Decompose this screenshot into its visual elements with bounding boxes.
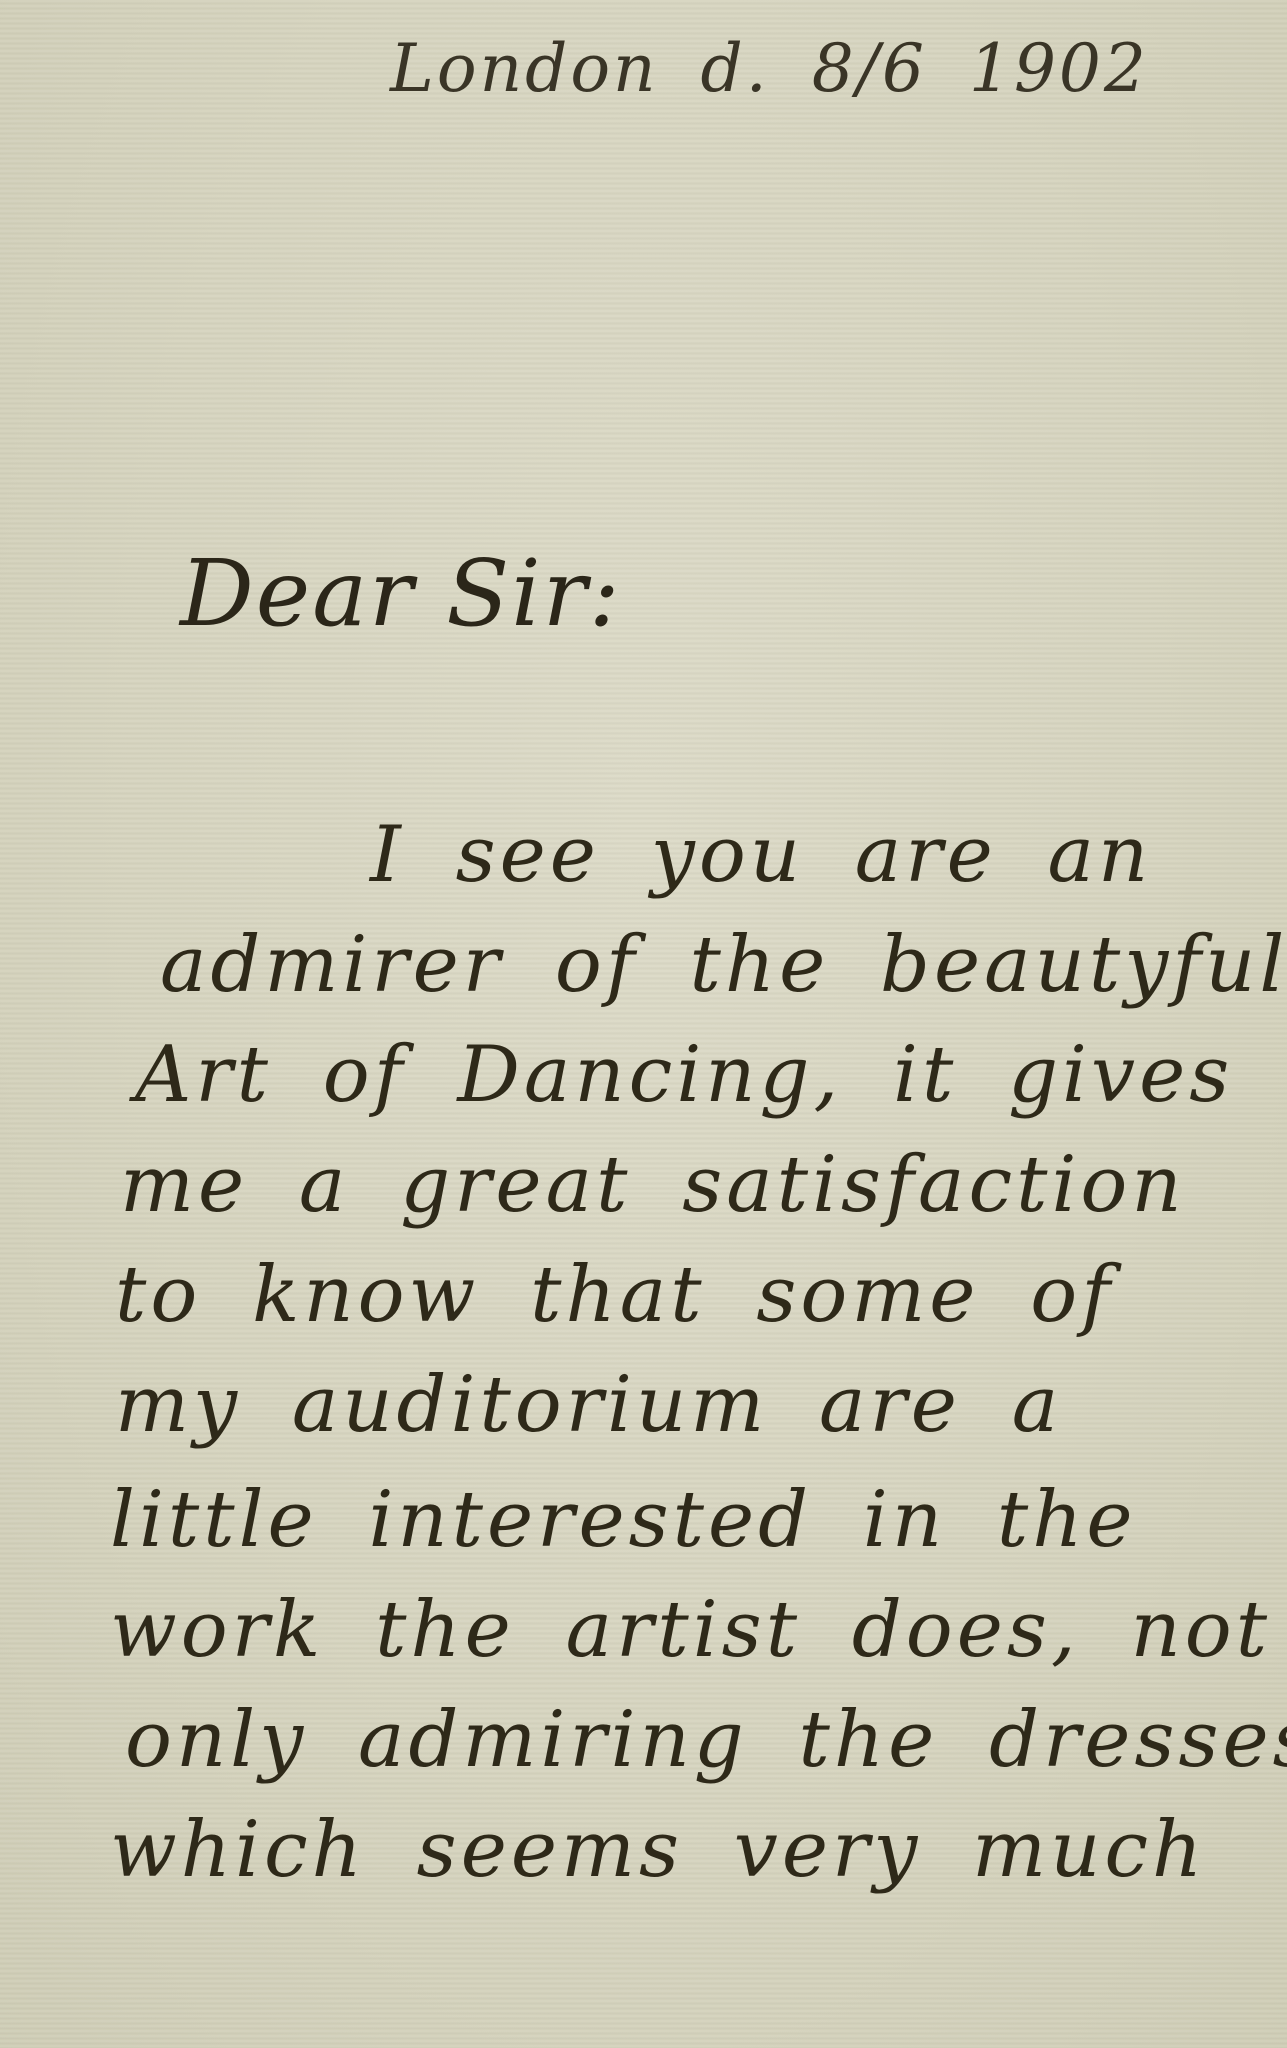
body-line: Art of Dancing, it gives bbox=[135, 1030, 1233, 1120]
body-line: little interested in the bbox=[110, 1475, 1137, 1565]
body-line: admirer of the beautyfull bbox=[160, 920, 1287, 1010]
body-line: I see you are an bbox=[370, 810, 1152, 900]
body-line: me a great satisfaction bbox=[120, 1140, 1186, 1230]
body-line: to know that some of bbox=[115, 1250, 1114, 1340]
body-line: only admiring the dresses, bbox=[125, 1695, 1287, 1785]
body-line: which seems very much bbox=[110, 1805, 1206, 1895]
body-line: work the artist does, not bbox=[110, 1585, 1271, 1675]
salutation: Dear Sir: bbox=[180, 540, 622, 647]
letter-page: London d. 8/6 1902 Dear Sir: I see you a… bbox=[0, 0, 1287, 2048]
body-line: my auditorium are a bbox=[115, 1360, 1062, 1450]
place-date-line: London d. 8/6 1902 bbox=[390, 30, 1149, 107]
